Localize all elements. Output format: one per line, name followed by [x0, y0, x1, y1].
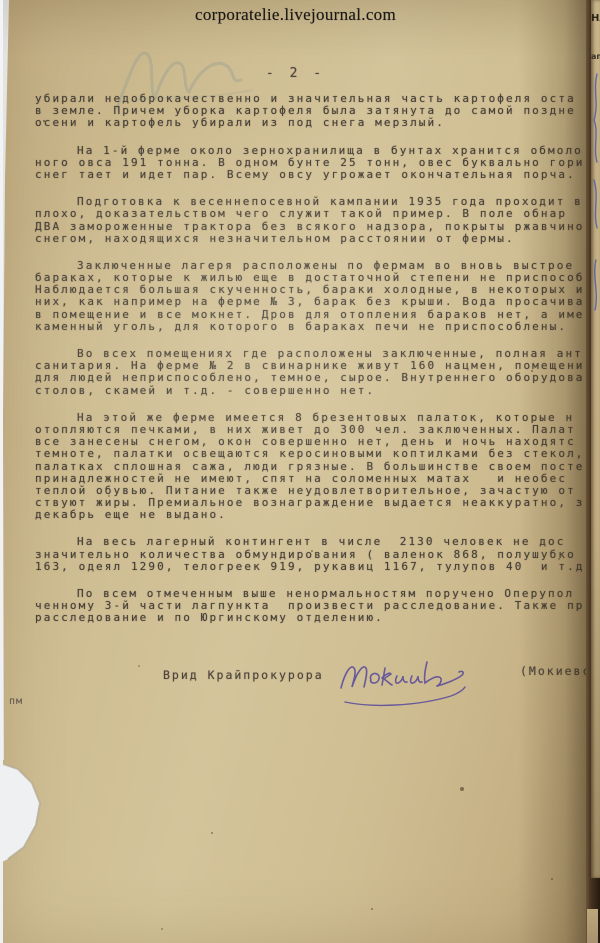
typewritten-line: ДВА замороженные трактора без всякого на…	[35, 221, 588, 233]
typewritten-line: 163, одеял 1290, телогреек 919, рукавиц …	[35, 561, 588, 573]
typewritten-line: них, как например на ферме № 3, барак бе…	[35, 296, 588, 308]
typewritten-line: значительно количества обмундирования ( …	[35, 549, 588, 561]
page-number: - 2 -	[3, 66, 588, 81]
paragraph: Заключенные лагеря расположены по фермам…	[35, 260, 588, 333]
clerk-initials: пм	[9, 696, 23, 707]
document-page: corporatelie.livejournal.com - 2 - убира…	[3, 0, 588, 943]
scanned-document-photo: corporatelie.livejournal.com - 2 - убира…	[0, 0, 600, 943]
bottom-corner-page-curl	[587, 909, 598, 943]
next-page-text-fragment: ап	[591, 52, 600, 62]
paragraph: Подготовка к весеннепосевной кампании 19…	[35, 196, 588, 245]
typewritten-line: плохо, доказательством чего служит такой…	[35, 208, 588, 220]
blue-ink-edge-marks	[591, 70, 600, 330]
next-page-edge: НА ап	[591, 0, 600, 878]
typewritten-line: темноте, палатки освещаются керосиновыми…	[35, 448, 588, 460]
typewritten-line: На 1-й ферме около зернохранилища в бунт…	[35, 145, 588, 157]
typewritten-line: снег тает и идет пар. Всему овсу угрожае…	[35, 169, 588, 181]
watermark-text: corporatelie.livejournal.com	[3, 5, 588, 25]
paragraph: По всем отмеченным выше ненормальностям …	[35, 588, 588, 625]
paragraph: На этой же ферме имеется 8 брезентовых п…	[35, 412, 588, 522]
paragraph: На 1-й ферме около зернохранилища в бунт…	[35, 145, 588, 182]
signatory-typed-name: (Мокиевски	[520, 664, 588, 678]
document-body: убирали недоброкачественно и значительна…	[35, 93, 588, 640]
torn-edge-notch	[3, 755, 52, 875]
typewritten-line: в помещение и все мокнет. Дров для отопл…	[35, 309, 588, 321]
paragraph: На весь лагерный контингент в числе 2130…	[35, 536, 588, 573]
typewritten-line: каменный уголь, для которого в бараках п…	[35, 321, 588, 333]
typewritten-line: декабрь еще не выдано.	[35, 509, 588, 521]
typewritten-line: На весь лагерный контингент в числе 2130…	[35, 536, 588, 548]
signatory-role: Врид Крайпрокурора	[163, 668, 324, 682]
typewritten-line: снегом, находящихся незначительном расст…	[35, 233, 588, 245]
typewritten-line: для людей неприспособлено, темное, сырое…	[35, 372, 588, 384]
paragraph: убирали недоброкачественно и значительна…	[35, 93, 588, 130]
typewritten-line: осени и картофель убирали из под снега м…	[35, 117, 588, 129]
paper-specks	[43, 120, 45, 122]
left-edge-sliver	[3, 0, 16, 760]
handwritten-signature	[333, 650, 483, 710]
typewritten-line: палатках сплошная сажа, люди грязные. В …	[35, 461, 588, 473]
typewritten-line: столов, скамей и т.д. - совершенно нет.	[35, 385, 588, 397]
typewritten-line: расследование и по Юргинскому отделению.	[35, 612, 588, 624]
next-page-text-fragment: НА	[591, 14, 600, 24]
paragraph: Во всех помещениях где расположены заклю…	[35, 348, 588, 397]
